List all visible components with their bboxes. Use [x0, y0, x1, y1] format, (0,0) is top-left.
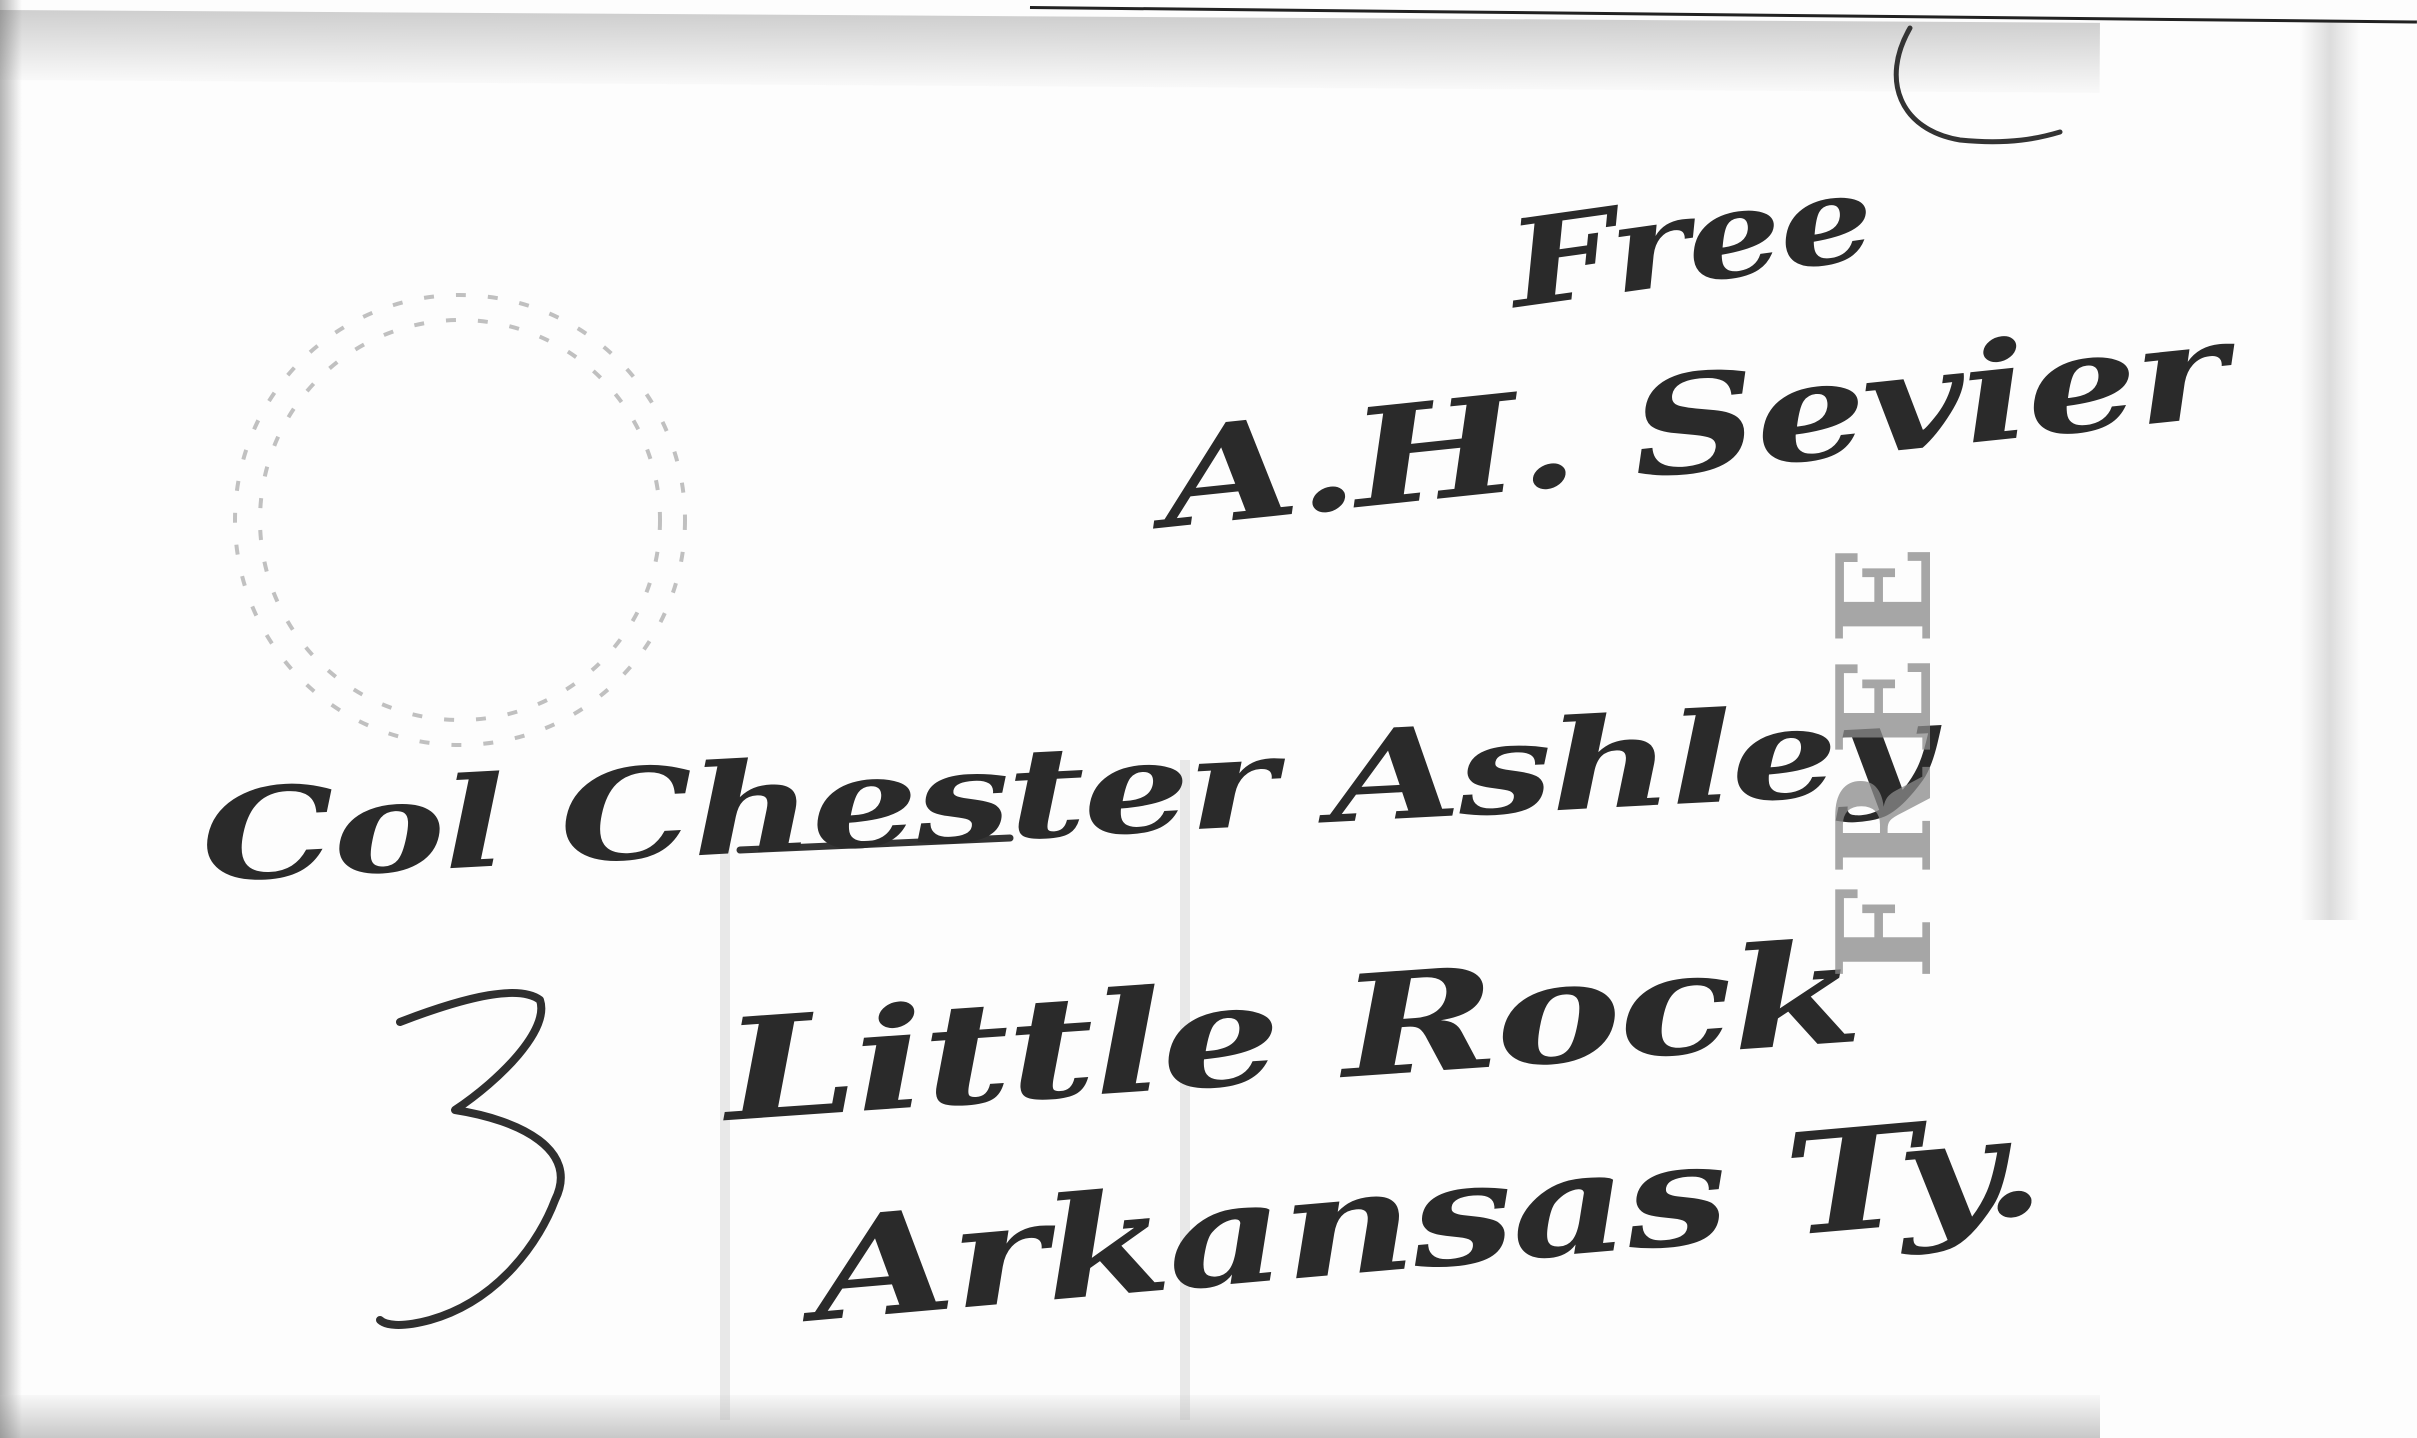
rate-numeral-3 — [380, 993, 561, 1325]
corner-circle-mark — [1896, 28, 2060, 142]
envelope-scan: Free A.H. Sevier Col Chester Ashley Litt… — [0, 0, 2417, 1438]
free-handstamp-text: FREE — [1815, 560, 1955, 980]
postmark-circle — [235, 295, 685, 745]
free-handstamp: FREE — [1810, 560, 1960, 980]
